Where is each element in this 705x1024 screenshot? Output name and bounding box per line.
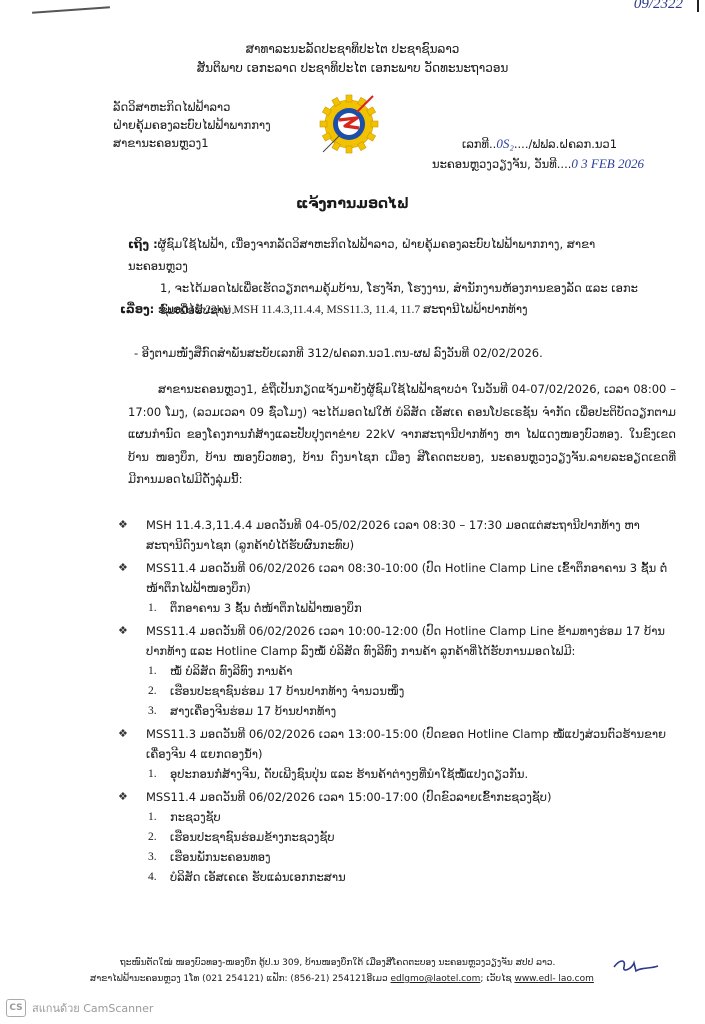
schedule-subitem-text: ເຮືອນພັກນະຄອນທອງ	[170, 850, 271, 864]
edl-logo-icon	[318, 93, 380, 155]
organization-block: ລັດວິສາຫະກິດໄຟຟ້າລາວ ຝ່າຍຄຸ້ມຄອງລະບົບໄຟຟ…	[113, 98, 271, 152]
gov-line-2: ສັນຕິພາບ ເອກະລາດ ປະຊາທິປະໄຕ ເອກະພາບ ວັດທ…	[0, 59, 705, 78]
subitem-number: 1.	[148, 661, 157, 681]
schedule-subitem: 2.ເຮືອນປະຊາຊົນຮ່ອມຂ້າງກະຊວງຊັບ	[118, 827, 678, 847]
schedule-subitem: 1.ກະຊວງຊັບ	[118, 807, 678, 827]
pen-mark	[32, 6, 110, 13]
subitem-number: 1.	[148, 764, 157, 784]
footer-contact-line: ສາຂາໄຟຟ້ານະຄອນຫຼວງ 1ໂທ (021 254121) ແຟັກ…	[90, 971, 650, 987]
outage-schedule-list: ❖MSH 11.4.3,11.4.4 ມອດວັນທີ 04-05/02/202…	[118, 515, 678, 887]
handwritten-doc-number: 0S₂	[496, 136, 514, 151]
document-number-block: ເລກທີ..0S₂..../ຟຟລ.ຝຄລກ.ນວ1 ນະຄອນຫຼວງວຽງ…	[462, 134, 644, 174]
schedule-item: ❖MSS11.4 ມອດວັນທີ 06/02/2026 ເວລາ 15:00-…	[118, 787, 678, 807]
place-and-date: ນະຄອນຫຼວງວຽງຈັນ, ວັນທີ....0 3 FEB 2026	[432, 154, 644, 174]
date-stamp: 0 3 FEB 2026	[571, 156, 644, 171]
schedule-subitem-text: ເຮືອນປະຊາຊົນຮ່ອມ 17 ບ້ານປາກທ້າງ ຈຳນວນໜຶ່…	[170, 684, 404, 698]
subitem-number: 1.	[148, 807, 157, 827]
diamond-bullet-icon: ❖	[118, 515, 128, 535]
camscanner-logo-icon: CS	[6, 999, 26, 1017]
org-line-3: ສາຂານະຄອນຫຼວງ1	[113, 134, 271, 152]
reference-line: - ອີງຕາມໜັງສືກົດສຳພັນສະບັບເລກທີ 312/ຝຄລກ…	[134, 346, 543, 360]
subitem-number: 4.	[148, 867, 157, 887]
schedule-subitem-text: ຕຶກອາຄານ 3 ຊັ້ນ ຕໍ່ໜ້າຕຶກໄຟຟ້າໜອງບຶກ	[170, 601, 362, 615]
org-line-1: ລັດວິສາຫະກິດໄຟຟ້າລາວ	[113, 98, 271, 116]
diamond-bullet-icon: ❖	[118, 787, 128, 807]
schedule-item-text: MSS11.3 ມອດວັນທີ 06/02/2026 ເວລາ 13:00-1…	[146, 727, 666, 761]
schedule-item: ❖MSS11.4 ມອດວັນທີ 06/02/2026 ເວລາ 10:00-…	[118, 621, 678, 661]
subject-line: ເລື່ອງ: ຂໍມອດໄຟ 22kV MSH 11.4.3,11.4.4, …	[120, 302, 528, 316]
handwritten-reference: 09/2322	[634, 0, 683, 13]
footer-contact: ຖະໜົນຕັດໃໝ່ ໜອງບົວທອງ-ໜອງບຶກ ຕູ້ປ.ນ 309,…	[90, 955, 650, 987]
schedule-subitem-text: ໝໍ້ ບໍລິສັດ ທົງລີທົງ ການຄ້າ	[170, 664, 292, 678]
schedule-item: ❖MSS11.3 ມອດວັນທີ 06/02/2026 ເວລາ 13:00-…	[118, 724, 678, 764]
schedule-subitem: 1.ຕຶກອາຄານ 3 ຊັ້ນ ຕໍ່ໜ້າຕຶກໄຟຟ້າໜອງບຶກ	[118, 598, 678, 618]
schedule-subitem-text: ສາງເຄື່ອງຈີນຮ່ອມ 17 ບ້ານປາກທ້າງ	[170, 704, 336, 718]
org-line-2: ຝ່າຍຄຸ້ມຄອງລະບົບໄຟຟ້າພາກກາງ	[113, 116, 271, 134]
schedule-item-text: MSS11.4 ມອດວັນທີ 06/02/2026 ເວລາ 08:30-1…	[146, 561, 667, 595]
schedule-subitem-text: ອຸປະກອນກໍ່ສ້າງຈີນ, ດັບເພີງຊົນປຸ່ນ ແລະ ຮ້…	[170, 767, 528, 781]
schedule-subitem: 1.ໝໍ້ ບໍລິສັດ ທົງລີທົງ ການຄ້າ	[118, 661, 678, 681]
schedule-subitem-text: ກະຊວງຊັບ	[170, 810, 221, 824]
schedule-item: ❖MSH 11.4.3,11.4.4 ມອດວັນທີ 04-05/02/202…	[118, 515, 678, 555]
document-number: ເລກທີ..0S₂..../ຟຟລ.ຝຄລກ.ນວ1	[462, 134, 644, 154]
document-title: ແຈ້ງການມອດໄຟ	[0, 196, 705, 212]
diamond-bullet-icon: ❖	[118, 724, 128, 744]
government-heading: ສາທາລະນະລັດປະຊາທິປະໄຕ ປະຊາຊົນລາວ ສັນຕິພາ…	[0, 40, 705, 78]
schedule-subitem: 1.ອຸປະກອນກໍ່ສ້າງຈີນ, ດັບເພີງຊົນປຸ່ນ ແລະ …	[118, 764, 678, 784]
camscanner-watermark: CS สแกนด้วย CamScanner	[6, 999, 153, 1017]
schedule-subitem-text: ເຮືອນປະຊາຊົນຮ່ອມຂ້າງກະຊວງຊັບ	[170, 830, 335, 844]
schedule-item-text: MSH 11.4.3,11.4.4 ມອດວັນທີ 04-05/02/2026…	[146, 518, 640, 552]
to-label: ເຖິງ :	[128, 237, 158, 251]
diamond-bullet-icon: ❖	[118, 558, 128, 578]
notice-paragraph: ສາຂານະຄອນຫຼວງ1, ຂໍຖືເປັນກຽດແຈ້ງມາຍັງຜູ້ຊ…	[128, 378, 676, 491]
gov-line-1: ສາທາລະນະລັດປະຊາທິປະໄຕ ປະຊາຊົນລາວ	[0, 40, 705, 59]
signature-icon	[612, 957, 660, 980]
subitem-number: 3.	[148, 847, 157, 867]
schedule-subitem: 3.ເຮືອນພັກນະຄອນທອງ	[118, 847, 678, 867]
schedule-subitem: 2.ເຮືອນປະຊາຊົນຮ່ອມ 17 ບ້ານປາກທ້າງ ຈຳນວນໜ…	[118, 681, 678, 701]
schedule-item: ❖MSS11.4 ມອດວັນທີ 06/02/2026 ເວລາ 08:30-…	[118, 558, 678, 598]
website-link[interactable]: www.edl- lao.com	[514, 974, 593, 984]
diamond-bullet-icon: ❖	[118, 621, 128, 641]
schedule-subitem-text: ບໍລິສັດ ເອັສເຄເຄ ຮັບແລ່ນເອກກະສານ	[170, 870, 346, 884]
schedule-item-text: MSS11.4 ມອດວັນທີ 06/02/2026 ເວລາ 10:00-1…	[146, 624, 665, 658]
schedule-subitem: 4.ບໍລິສັດ ເອັສເຄເຄ ຮັບແລ່ນເອກກະສານ	[118, 867, 678, 887]
subject-label: ເລື່ອງ:	[120, 302, 154, 316]
schedule-subitem: 3.ສາງເຄື່ອງຈີນຮ່ອມ 17 ບ້ານປາກທ້າງ	[118, 701, 678, 721]
subitem-number: 1.	[148, 598, 157, 618]
schedule-item-text: MSS11.4 ມອດວັນທີ 06/02/2026 ເວລາ 15:00-1…	[146, 790, 551, 804]
subitem-number: 2.	[148, 827, 157, 847]
subitem-number: 3.	[148, 701, 157, 721]
camscanner-text: สแกนด้วย CamScanner	[32, 999, 153, 1017]
footer-address: ຖະໜົນຕັດໃໝ່ ໜອງບົວທອງ-ໜອງບຶກ ຕູ້ປ.ນ 309,…	[90, 955, 650, 971]
subitem-number: 2.	[148, 681, 157, 701]
scan-edge-mark	[697, 0, 699, 12]
email-link[interactable]: edlgmo@laotel.com	[391, 974, 481, 984]
